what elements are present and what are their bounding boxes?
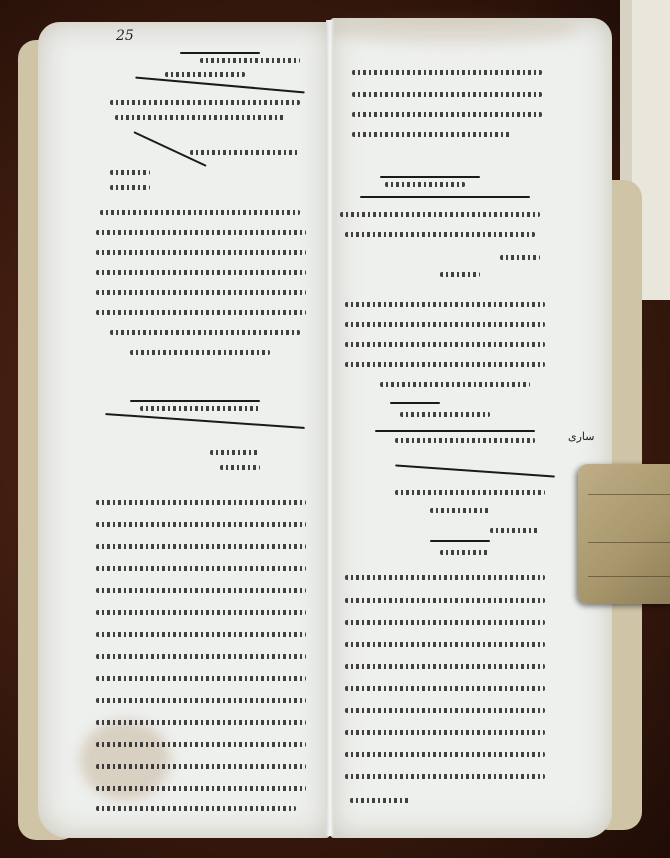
wooden-book-weight <box>578 464 670 604</box>
page-number-mark: 25 <box>116 28 134 44</box>
left-page <box>38 22 330 838</box>
book-gutter <box>326 20 334 836</box>
right-page <box>330 18 612 838</box>
marginal-note: ساری <box>568 430 595 443</box>
page-top-stain <box>330 15 580 45</box>
